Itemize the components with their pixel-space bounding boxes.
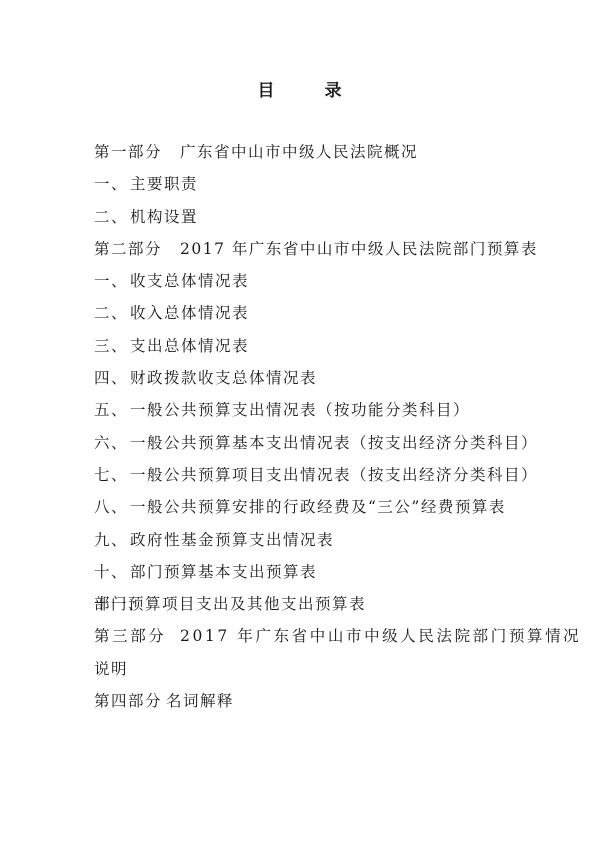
toc-entry: 八、一般公共预算安排的行政经费及“三公”经费预算表 <box>94 495 564 527</box>
toc-entry-text: 主要职责 <box>130 175 198 193</box>
toc-entry-text: 一般公共预算基本支出情况表（按支出经济分类科目） <box>130 434 538 452</box>
toc-entry-number: 八、 <box>94 495 130 519</box>
toc-entry-text: 广东省中山市中级人民法院概况 <box>180 143 418 161</box>
toc-entry: 四、财政拨款收支总体情况表 <box>94 366 564 398</box>
toc-entry: 三、支出总体情况表 <box>94 334 564 366</box>
toc-entry-number: 七、 <box>94 463 130 487</box>
toc-entry: 五、一般公共预算支出情况表（按功能分类科目） <box>94 398 564 430</box>
toc-entry-number: 第二部分 <box>94 237 180 261</box>
toc-entry-text: 部门预算基本支出预算表 <box>130 563 317 581</box>
toc-entry-number: 九、 <box>94 528 130 552</box>
toc-entry-text: 2017 年广东省中山市中级人民法院部门预算表 <box>180 240 538 258</box>
toc-entry-text: 说明 <box>94 660 128 678</box>
toc-entry-text: 部门预算项目支出及其他支出预算表 <box>94 595 366 613</box>
toc-entry-continuation: 说明 <box>94 657 564 689</box>
page-title: 目录 <box>0 76 599 101</box>
toc-entry-text: 支出总体情况表 <box>130 337 249 355</box>
toc-entry-text: 一般公共预算安排的行政经费及“三公”经费预算表 <box>130 498 506 516</box>
toc-entry: 二、收入总体情况表 <box>94 301 564 333</box>
table-of-contents: 第一部分广东省中山市中级人民法院概况 一、主要职责 二、机构设置 第二部分201… <box>94 140 564 721</box>
toc-entry-text: 财政拨款收支总体情况表 <box>130 369 317 387</box>
toc-entry-number: 一、 <box>94 269 130 293</box>
toc-entry-text: 2017 年广东省中山市中级人民法院部门预算情况 <box>180 627 581 645</box>
toc-entry-text: 名词解释 <box>166 692 234 710</box>
toc-entry: 二、机构设置 <box>94 205 564 237</box>
toc-entry-part-2: 第二部分2017 年广东省中山市中级人民法院部门预算表 <box>94 237 564 269</box>
toc-entry-text: 一般公共预算项目支出情况表（按支出经济分类科目） <box>130 466 538 484</box>
toc-entry: 一、收支总体情况表 <box>94 269 564 301</box>
toc-entry-text: 政府性基金预算支出情况表 <box>130 531 334 549</box>
title-char: 目 <box>258 76 275 101</box>
toc-entry-number: 五、 <box>94 398 130 422</box>
toc-entry: 七、一般公共预算项目支出情况表（按支出经济分类科目） <box>94 463 564 495</box>
toc-entry-text: 收支总体情况表 <box>130 272 249 290</box>
toc-entry-number: 四、 <box>94 366 130 390</box>
toc-entry-text: 收入总体情况表 <box>130 304 249 322</box>
document-page: 目录 第一部分广东省中山市中级人民法院概况 一、主要职责 二、机构设置 第二部分… <box>0 0 599 841</box>
toc-entry-part-3: 第三部分2017 年广东省中山市中级人民法院部门预算情况 <box>94 624 564 656</box>
toc-entry: 九、政府性基金预算支出情况表 <box>94 528 564 560</box>
toc-entry-part-4: 第四部分名词解释 <box>94 689 564 721</box>
toc-entry-number: 二、 <box>94 205 130 229</box>
toc-entry-number: 六、 <box>94 431 130 455</box>
title-char: 录 <box>325 76 342 101</box>
toc-entry: 十一、部门预算项目支出及其他支出预算表 <box>94 592 564 624</box>
toc-entry-text: 机构设置 <box>130 208 198 226</box>
toc-entry: 六、一般公共预算基本支出情况表（按支出经济分类科目） <box>94 431 564 463</box>
toc-entry-number: 第一部分 <box>94 140 180 164</box>
toc-entry: 一、主要职责 <box>94 172 564 204</box>
toc-entry-part-1: 第一部分广东省中山市中级人民法院概况 <box>94 140 564 172</box>
toc-entry: 十、部门预算基本支出预算表 <box>94 560 564 592</box>
toc-entry-number: 十、 <box>94 560 130 584</box>
toc-entry-number: 一、 <box>94 172 130 196</box>
toc-entry-number: 第四部分 <box>94 689 166 713</box>
toc-entry-text: 一般公共预算支出情况表（按功能分类科目） <box>130 401 470 419</box>
toc-entry-number: 二、 <box>94 301 130 325</box>
toc-entry-number: 三、 <box>94 334 130 358</box>
toc-entry-number: 第三部分 <box>94 624 180 648</box>
